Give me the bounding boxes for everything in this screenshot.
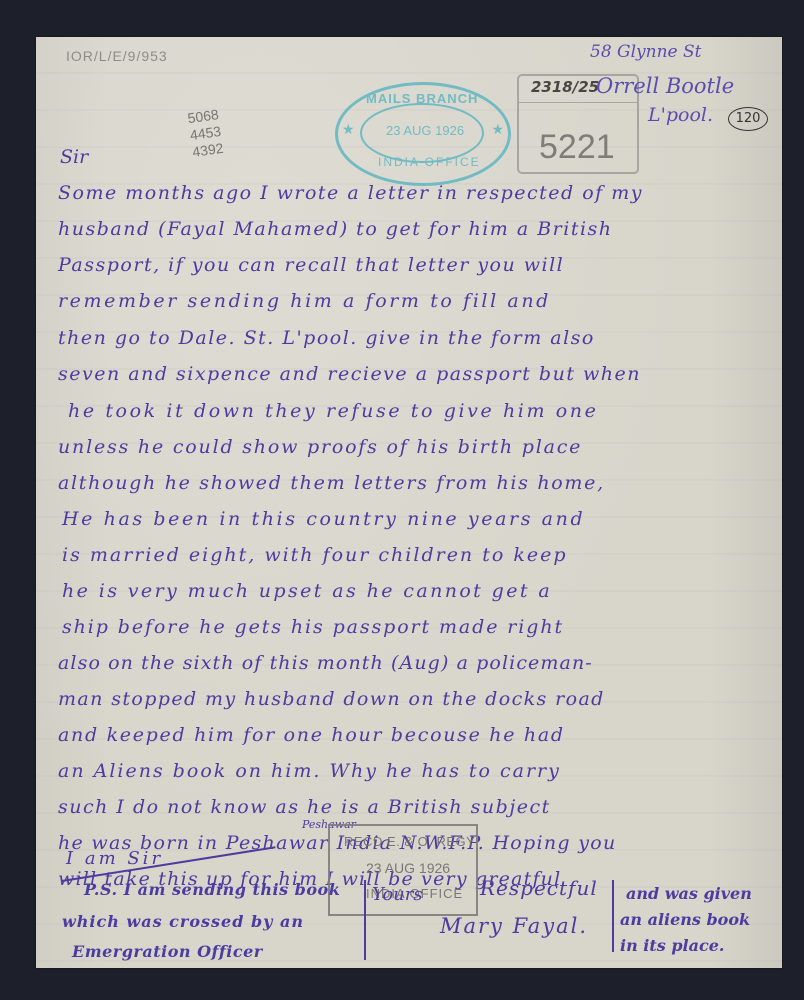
stamp-divider [519,102,637,103]
page-number: 120 [728,107,768,131]
body-line: He has been in this country nine years a… [62,508,585,530]
side-note-line: an aliens book [620,910,750,929]
address-line-2: Orrell Bootle [596,74,734,98]
body-line: then go to Dale. St. L'pool. give in the… [58,327,595,349]
signoff-yours: Yours [372,884,423,905]
body-line: although he showed them letters from his… [58,472,605,494]
body-line: an Aliens book on him. Why he has to car… [58,760,561,782]
stamp-line: RECD E. & O. REGY [344,834,475,849]
body-line: such I do not know as he is a British su… [58,796,551,818]
archive-reference: IOR/L/E/9/953 [66,48,168,64]
stamp-top-text: MAILS BRANCH [366,91,478,106]
body-line: he is very much upset as he cannot get a [62,580,552,602]
body-line: ship before he gets his passport made ri… [62,616,564,638]
divider-stroke [364,880,366,960]
body-line: seven and sixpence and recieve a passpor… [58,363,641,385]
stamp-bottom-text: INDIA OFFICE [378,155,481,169]
signature: Mary Fayal. [440,914,588,938]
postscript-line: P.S. I am sending this book [84,880,340,899]
divider-stroke [612,880,614,952]
body-line: man stopped my husband down on the docks… [58,688,605,710]
address-line-3: L'pool. [648,104,713,126]
signoff-respectful: Respectful [480,876,598,900]
body-line: also on the sixth of this month (Aug) a … [58,652,593,674]
address-line-1: 58 Glynne St [590,42,702,62]
body-line: unless he could show proofs of his birth… [58,436,582,458]
stamp-date: 23 AUG 1926 [366,860,450,876]
body-line: is married eight, with four children to … [62,544,568,566]
body-line: Some months ago I wrote a letter in resp… [58,182,643,204]
star-icon: ★ [342,121,355,138]
body-line: and keeped him for one hour becouse he h… [58,724,565,746]
body-line: remember sending him a form to fill and [58,290,551,312]
side-note-line: in its place. [620,936,724,955]
mails-branch-stamp: MAILS BRANCH ★ 23 AUG 1926 ★ INDIA OFFIC… [335,82,511,186]
salutation: Sir [60,146,88,168]
postscript-line: which was crossed by an [62,912,304,931]
star-icon: ★ [491,121,504,138]
body-line: he took it down they refuse to give him … [68,400,598,422]
body-line: Passport, if you can recall that letter … [58,254,564,276]
handwritten-file-ref: 2318/25 [531,78,599,96]
registry-number: 5221 [539,128,615,167]
stamp-date: 23 AUG 1926 [386,123,464,138]
side-note-line: and was given [626,884,752,903]
postscript-line: Emergration Officer [72,942,263,961]
body-line: husband (Fayal Mahamed) to get for him a… [58,218,613,240]
